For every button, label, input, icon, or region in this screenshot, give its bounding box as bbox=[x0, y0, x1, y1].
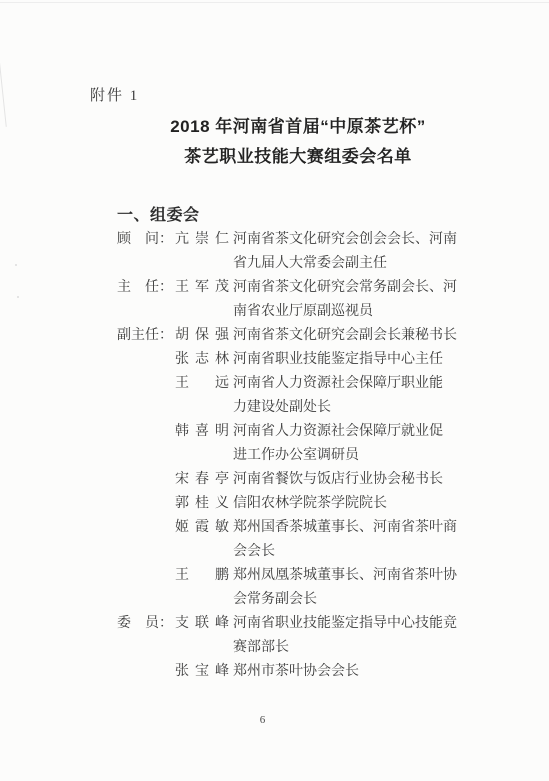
desc-line: 会会长 bbox=[233, 540, 457, 564]
role-label: 副主任： bbox=[117, 324, 175, 348]
member-name: 王远 bbox=[175, 372, 229, 396]
scan-artifact-speck bbox=[15, 264, 17, 266]
document-page: 附件 1 2018 年河南省首届“中原茶艺杯” 茶艺职业技能大赛组委会名单 一、… bbox=[0, 0, 549, 781]
member-desc: 郑州市茶叶协会会长 bbox=[233, 660, 359, 684]
member-name: 宋春亭 bbox=[175, 468, 229, 492]
section-heading: 一、组委会 bbox=[117, 202, 200, 225]
member-name: 郭桂义 bbox=[175, 492, 229, 516]
desc-line: 赛部部长 bbox=[233, 636, 457, 660]
member-name: 姬霞敏 bbox=[175, 516, 229, 540]
desc-line: 河南省职业技能鉴定指导中心技能竞 bbox=[233, 612, 457, 636]
committee-row: 韩喜明 河南省人力资源社会保障厅就业促 进工作办公室调研员 bbox=[117, 420, 457, 468]
desc-line: 河南省茶文化研究会副会长兼秘书长 bbox=[233, 324, 457, 348]
committee-row: 副主任： 胡保强 河南省茶文化研究会副会长兼秘书长 bbox=[117, 324, 457, 348]
committee-row: 委 员： 支联峰 河南省职业技能鉴定指导中心技能竞 赛部部长 bbox=[117, 612, 457, 660]
role-label: 顾 问： bbox=[117, 228, 175, 252]
member-desc: 郑州国香茶城董事长、河南省茶叶商 会会长 bbox=[233, 516, 457, 564]
member-desc: 河南省茶文化研究会创会会长、河南 省九届人大常委会副主任 bbox=[233, 228, 457, 276]
desc-line: 河南省人力资源社会保障厅就业促 bbox=[233, 420, 443, 444]
desc-line: 河南省茶文化研究会常务副会长、河 bbox=[233, 276, 457, 300]
committee-row: 顾 问： 亢崇仁 河南省茶文化研究会创会会长、河南 省九届人大常委会副主任 bbox=[117, 228, 457, 276]
committee-row: 王鹏 郑州凤凰茶城董事长、河南省茶叶协 会常务副会长 bbox=[117, 564, 457, 612]
member-name: 张志林 bbox=[175, 348, 229, 372]
member-desc: 河南省人力资源社会保障厅就业促 进工作办公室调研员 bbox=[233, 420, 443, 468]
member-name: 王鹏 bbox=[175, 564, 229, 588]
page-number: 6 bbox=[0, 714, 525, 726]
role-label: 主 任： bbox=[117, 276, 175, 300]
desc-line: 郑州市茶叶协会会长 bbox=[233, 660, 359, 684]
desc-line: 进工作办公室调研员 bbox=[233, 444, 443, 468]
member-name: 支联峰 bbox=[175, 612, 229, 636]
desc-line: 力建设处副处长 bbox=[233, 396, 443, 420]
member-desc: 河南省餐饮与饭店行业协会秘书长 bbox=[233, 468, 443, 492]
member-desc: 河南省职业技能鉴定指导中心技能竞 赛部部长 bbox=[233, 612, 457, 660]
member-desc: 河南省茶文化研究会副会长兼秘书长 bbox=[233, 324, 457, 348]
desc-line: 信阳农林学院茶学院院长 bbox=[233, 492, 387, 516]
scan-artifact-speck bbox=[17, 296, 19, 298]
desc-line: 省九届人大常委会副主任 bbox=[233, 252, 457, 276]
member-name: 亢崇仁 bbox=[175, 228, 229, 252]
role-label: 委 员： bbox=[117, 612, 175, 636]
committee-row: 张志林 河南省职业技能鉴定指导中心主任 bbox=[117, 348, 457, 372]
member-name: 韩喜明 bbox=[175, 420, 229, 444]
desc-line: 郑州国香茶城董事长、河南省茶叶商 bbox=[233, 516, 457, 540]
committee-row: 主 任： 王军茂 河南省茶文化研究会常务副会长、河 南省农业厅原副巡视员 bbox=[117, 276, 457, 324]
member-name: 王军茂 bbox=[175, 276, 229, 300]
committee-row: 王远 河南省人力资源社会保障厅职业能 力建设处副处长 bbox=[117, 372, 457, 420]
committee-row: 宋春亭 河南省餐饮与饭店行业协会秘书长 bbox=[117, 468, 457, 492]
attachment-label: 附件 1 bbox=[90, 84, 139, 105]
document-title: 2018 年河南省首届“中原茶艺杯” 茶艺职业技能大赛组委会名单 bbox=[0, 112, 549, 172]
member-desc: 河南省人力资源社会保障厅职业能 力建设处副处长 bbox=[233, 372, 443, 420]
desc-line: 河南省餐饮与饭店行业协会秘书长 bbox=[233, 468, 443, 492]
desc-line: 南省农业厅原副巡视员 bbox=[233, 300, 457, 324]
desc-line: 郑州凤凰茶城董事长、河南省茶叶协 bbox=[233, 564, 457, 588]
member-desc: 信阳农林学院茶学院院长 bbox=[233, 492, 387, 516]
member-name: 张宝峰 bbox=[175, 660, 229, 684]
committee-row: 郭桂义 信阳农林学院茶学院院长 bbox=[117, 492, 457, 516]
committee-row: 姬霞敏 郑州国香茶城董事长、河南省茶叶商 会会长 bbox=[117, 516, 457, 564]
member-desc: 河南省茶文化研究会常务副会长、河 南省农业厅原副巡视员 bbox=[233, 276, 457, 324]
title-line-2: 茶艺职业技能大赛组委会名单 bbox=[47, 142, 549, 172]
desc-line: 河南省人力资源社会保障厅职业能 bbox=[233, 372, 443, 396]
desc-line: 河南省职业技能鉴定指导中心主任 bbox=[233, 348, 443, 372]
member-name: 胡保强 bbox=[175, 324, 229, 348]
desc-line: 会常务副会长 bbox=[233, 588, 457, 612]
scan-artifact-topline bbox=[0, 2, 549, 3]
title-line-1: 2018 年河南省首届“中原茶艺杯” bbox=[47, 112, 549, 142]
committee-list: 顾 问： 亢崇仁 河南省茶文化研究会创会会长、河南 省九届人大常委会副主任 主 … bbox=[117, 228, 457, 684]
member-desc: 河南省职业技能鉴定指导中心主任 bbox=[233, 348, 443, 372]
member-desc: 郑州凤凰茶城董事长、河南省茶叶协 会常务副会长 bbox=[233, 564, 457, 612]
committee-row: 张宝峰 郑州市茶叶协会会长 bbox=[117, 660, 457, 684]
desc-line: 河南省茶文化研究会创会会长、河南 bbox=[233, 228, 457, 252]
